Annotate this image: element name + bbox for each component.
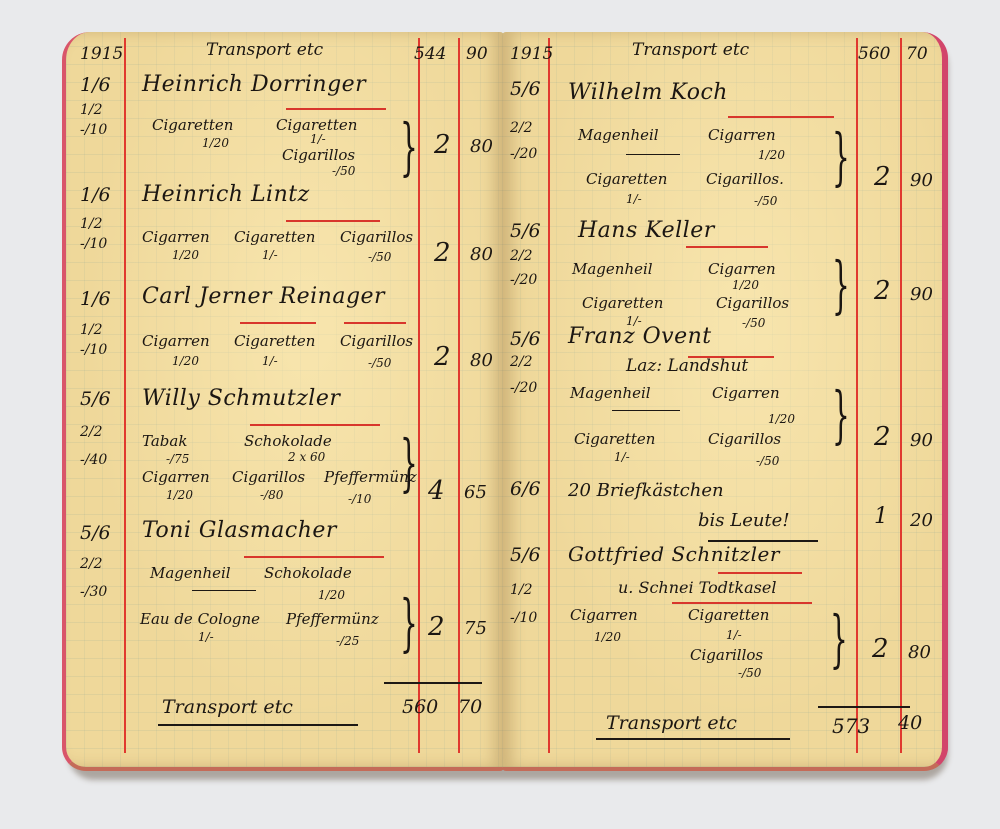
- price: -/50: [754, 194, 777, 208]
- entry-date: 1/6: [80, 288, 111, 310]
- price: -/80: [260, 488, 283, 502]
- amount-mark: 2: [434, 130, 451, 160]
- item: Tabak: [142, 432, 187, 450]
- entry-date: 1/6: [80, 74, 111, 96]
- entry-sub1: 1/2: [80, 102, 103, 118]
- price: -/25: [336, 634, 359, 648]
- entry-sub2: -/10: [80, 236, 107, 252]
- transport-underline: [596, 738, 790, 740]
- brace: }: [400, 592, 418, 654]
- carried-forward-label: Transport etc: [206, 40, 323, 60]
- name-underline: [244, 556, 384, 558]
- name-underline: [250, 424, 380, 426]
- entry-date: 5/6: [80, 388, 111, 410]
- name-underline: [686, 246, 768, 248]
- item: Cigaretten: [688, 606, 769, 624]
- item: Cigarillos: [690, 646, 763, 664]
- amount-mark: 2: [874, 422, 891, 452]
- entry-sub1: 2/2: [510, 248, 533, 264]
- item: Cigarillos.: [706, 170, 784, 188]
- amount-pf: 90: [910, 430, 933, 451]
- entry-sub2: -/20: [510, 272, 537, 288]
- entry-sub2: -/10: [80, 342, 107, 358]
- item: Cigarillos: [340, 228, 413, 246]
- sum-line: [384, 682, 482, 684]
- customer-name: Hans Keller: [578, 218, 715, 243]
- item: Cigaretten: [586, 170, 667, 188]
- price: 1/-: [262, 248, 278, 262]
- entry-sub2: -/20: [510, 146, 537, 162]
- item: Magenheil: [150, 564, 231, 582]
- name-underline: [240, 322, 316, 324]
- entry-sub1: 2/2: [510, 120, 533, 136]
- price: 1/20: [318, 588, 345, 602]
- transport-pf: 40: [898, 712, 922, 734]
- customer-name: Wilhelm Koch: [568, 80, 728, 105]
- item: Cigarren: [142, 332, 210, 350]
- customer-name: Heinrich Lintz: [142, 182, 310, 207]
- entry-sub2: -/10: [510, 610, 537, 626]
- item: Cigarren: [712, 384, 780, 402]
- entry-date: 5/6: [510, 78, 541, 100]
- entry-sub1: 2/2: [80, 556, 103, 572]
- name-underline: [728, 116, 834, 118]
- name-underline: [718, 572, 802, 574]
- transport-mark: 560: [402, 696, 438, 718]
- entry-date: 5/6: [510, 220, 541, 242]
- item: Magenheil: [572, 260, 653, 278]
- brace: }: [400, 432, 418, 494]
- item: Cigarillos: [340, 332, 413, 350]
- transport-mark: 573: [832, 714, 870, 738]
- price: 1/-: [262, 354, 278, 368]
- amount-mark: 4: [428, 476, 445, 506]
- sum-line: [818, 706, 910, 708]
- left-page: 1915 Transport etc 544 90 1/6 1/2 -/10 H…: [62, 32, 504, 771]
- brace: }: [832, 254, 850, 316]
- note-underline: [672, 602, 812, 604]
- brace: }: [400, 116, 418, 178]
- amount-mark: 2: [874, 276, 891, 306]
- carried-forward-mark: 560: [858, 44, 890, 64]
- amount-pf: 20: [910, 510, 933, 531]
- item: Schokolade: [244, 432, 332, 450]
- entry-date: 1/6: [80, 184, 111, 206]
- customer-name: Gottfried Schnitzler: [568, 542, 780, 566]
- price: 1/20: [768, 412, 795, 426]
- amount-pf: 80: [470, 350, 493, 371]
- entry-sub1: 2/2: [510, 354, 533, 370]
- item: Cigaretten: [234, 332, 315, 350]
- item: Cigarren: [708, 260, 776, 278]
- entry-sub1: 1/2: [80, 322, 103, 338]
- transport-pf: 70: [458, 696, 482, 718]
- price: 1/20: [166, 488, 193, 502]
- carried-forward-label: Transport etc: [632, 40, 749, 60]
- item-underline: [612, 410, 680, 411]
- customer-name: Toni Glasmacher: [142, 518, 337, 543]
- item: Cigarren: [570, 606, 638, 624]
- price: 1/20: [594, 630, 621, 644]
- price: 1/-: [198, 630, 214, 644]
- price: -/50: [368, 250, 391, 264]
- amount-mark: 2: [872, 634, 889, 664]
- item-underline: [626, 154, 680, 155]
- amount-pf: 65: [464, 482, 487, 503]
- year: 1915: [510, 44, 553, 64]
- entry-sub2: -/10: [80, 122, 107, 138]
- amount-mark: 2: [434, 238, 451, 268]
- date-column-rule: [548, 38, 550, 753]
- entry-note: Laz: Landshut: [626, 356, 748, 376]
- brace: }: [830, 608, 848, 670]
- brace: }: [832, 384, 850, 446]
- price: -/50: [756, 454, 779, 468]
- entry-sub2: -/40: [80, 452, 107, 468]
- entry-date: 6/6: [510, 478, 541, 500]
- name-underline: [286, 108, 386, 110]
- name-underline: [286, 220, 380, 222]
- item: Pfeffermünz: [286, 610, 379, 628]
- price: -/10: [348, 492, 371, 506]
- price: -/50: [742, 316, 765, 330]
- year: 1915: [80, 44, 123, 64]
- item-underline: [192, 590, 256, 591]
- date-column-rule: [124, 38, 126, 753]
- entry-sub1: 1/2: [510, 582, 533, 598]
- price: -/50: [332, 164, 355, 178]
- carried-forward-pf: 70: [906, 44, 928, 64]
- ledger-book: 1915 Transport etc 544 90 1/6 1/2 -/10 H…: [62, 32, 948, 774]
- item: Cigarillos: [232, 468, 305, 486]
- entry-note: u. Schnei Todtkasel: [618, 578, 776, 597]
- pfennig-column-rule: [458, 38, 460, 753]
- item: Cigarren: [142, 228, 210, 246]
- price: 1/20: [172, 354, 199, 368]
- entry-date: 5/6: [510, 328, 541, 350]
- amount-pf: 80: [470, 244, 493, 265]
- price: 2 x 60: [288, 450, 325, 464]
- price: 1/20: [172, 248, 199, 262]
- entry-date: 5/6: [510, 544, 541, 566]
- item: Cigaretten: [234, 228, 315, 246]
- price: 1/-: [310, 132, 326, 146]
- item: Cigaretten: [582, 294, 663, 312]
- price: 1/20: [758, 148, 785, 162]
- amount-pf: 90: [910, 170, 933, 191]
- item: Magenheil: [578, 126, 659, 144]
- entry-sub2: -/20: [510, 380, 537, 396]
- amount-mark: 2: [874, 162, 891, 192]
- entry-note: bis Leute!: [698, 510, 790, 531]
- price: 1/-: [614, 450, 630, 464]
- item: Cigarren: [142, 468, 210, 486]
- price: -/75: [166, 452, 189, 466]
- item: Cigarillos: [716, 294, 789, 312]
- mark-column-rule: [418, 38, 420, 753]
- item: Eau de Cologne: [140, 610, 260, 628]
- item: Schokolade: [264, 564, 352, 582]
- carried-forward-pf: 90: [466, 44, 488, 64]
- item: Cigarillos: [282, 146, 355, 164]
- item: Cigarren: [708, 126, 776, 144]
- amount-mark: 2: [428, 612, 445, 642]
- transport-underline: [158, 724, 358, 726]
- amount-pf: 90: [910, 284, 933, 305]
- entry-sub1: 1/2: [80, 216, 103, 232]
- price: -/50: [368, 356, 391, 370]
- item: Magenheil: [570, 384, 651, 402]
- customer-name: Franz Ovent: [568, 324, 712, 349]
- entry-date: 5/6: [80, 522, 111, 544]
- amount-mark: 2: [434, 342, 451, 372]
- item: Cigaretten: [152, 116, 233, 134]
- item: Cigaretten: [574, 430, 655, 448]
- price: 1/20: [202, 136, 229, 150]
- customer-name: Heinrich Dorringer: [142, 72, 366, 97]
- entry-sub1: 2/2: [80, 424, 103, 440]
- entry-sub2: -/30: [80, 584, 107, 600]
- amount-pf: 80: [908, 642, 931, 663]
- carried-forward-mark: 544: [414, 44, 446, 64]
- customer-name: Carl Jerner Reinager: [142, 284, 385, 309]
- price: 1/-: [726, 628, 742, 642]
- right-page: 1915 Transport etc 560 70 5/6 2/2 -/20 W…: [502, 32, 948, 771]
- amount-mark: 1: [874, 504, 888, 529]
- price: -/50: [738, 666, 761, 680]
- pfennig-column-rule: [900, 38, 902, 753]
- price: 1/20: [732, 278, 759, 292]
- transport-label: Transport etc: [606, 712, 737, 734]
- customer-name: Willy Schmutzler: [142, 386, 340, 411]
- mark-column-rule: [856, 38, 858, 753]
- brace: }: [832, 126, 850, 188]
- amount-pf: 80: [470, 136, 493, 157]
- transport-label: Transport etc: [162, 696, 293, 718]
- amount-pf: 75: [464, 618, 487, 639]
- name-underline: [344, 322, 406, 324]
- item: Cigarillos: [708, 430, 781, 448]
- entry-item: 20 Briefkästchen: [568, 480, 724, 501]
- price: 1/-: [626, 192, 642, 206]
